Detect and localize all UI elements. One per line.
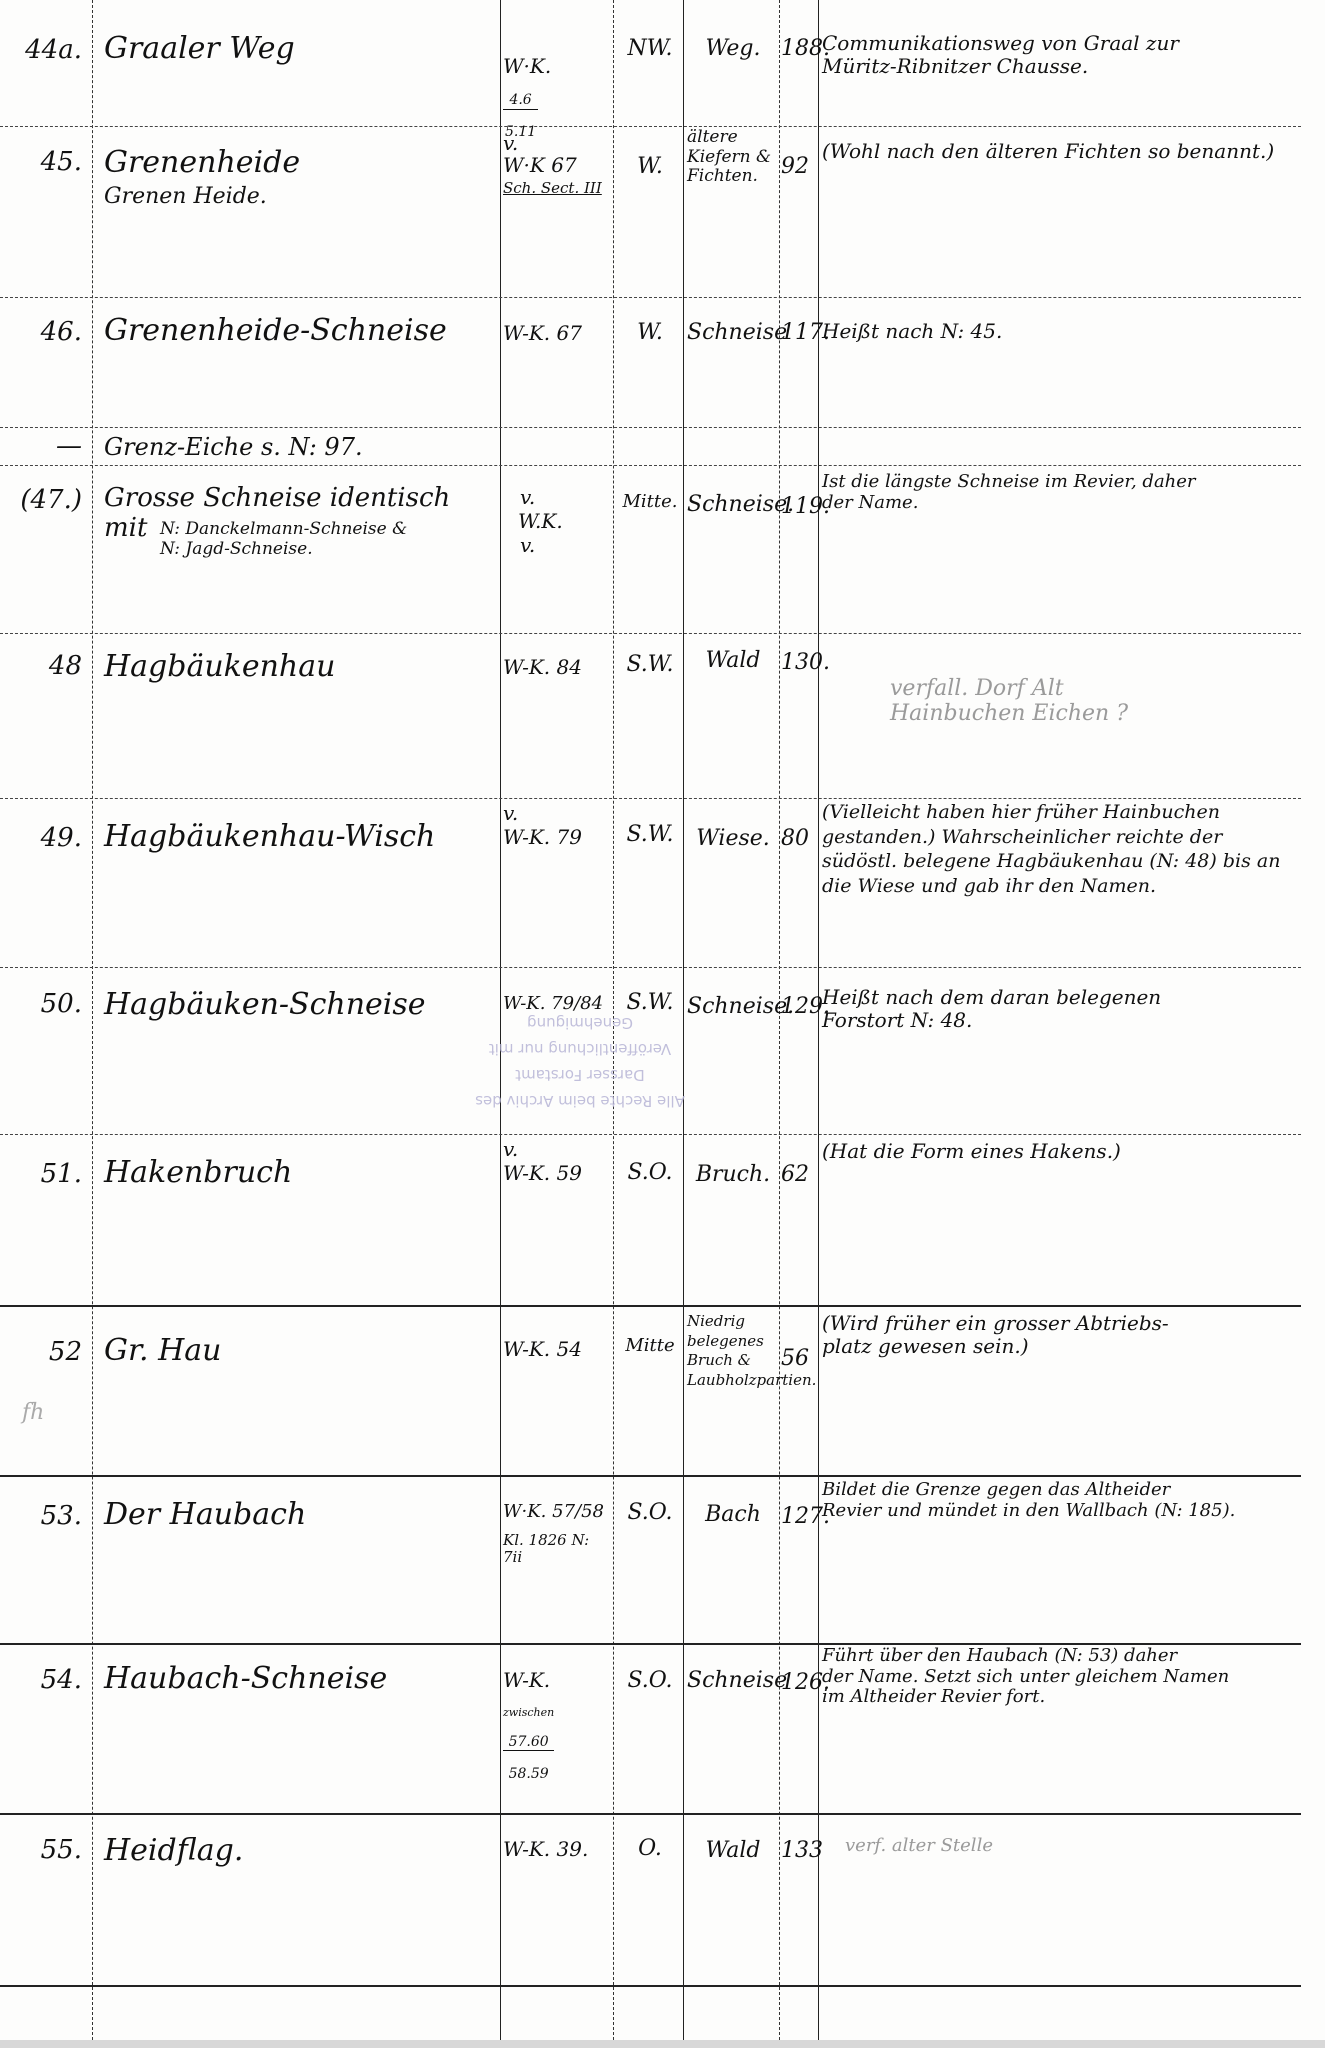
feature-kind: Niedrig belegenes Bruch & Laubholzpartie… [687, 1312, 779, 1390]
feature-kind: Weg. [687, 36, 779, 61]
remark: Heißt nach N: 45. [822, 320, 1292, 343]
direction: W. [620, 154, 680, 179]
place-name-variant: Grenen Heide. [104, 184, 494, 209]
row-number: 48 [0, 652, 82, 682]
direction: S.W. [620, 990, 680, 1015]
reference-number: 130. [781, 650, 821, 675]
row-rule [0, 297, 1301, 298]
column-rule-kind [779, 0, 780, 2040]
map-reference-prefix: v. [520, 486, 628, 509]
direction: S.W. [620, 652, 680, 677]
place-name: Haubach-Schneise [104, 1662, 494, 1697]
direction: S.O. [620, 1668, 680, 1693]
remark: Heißt nach dem daran belegenen Forstort … [822, 986, 1292, 1032]
map-reference-extra: Kl. 1826 N: 7ii [503, 1532, 611, 1567]
reference-number: 127. [781, 1504, 821, 1529]
document-page: Alle Rechte beim Archiv des Darsser Fors… [0, 0, 1325, 2048]
pencil-annotation: verf. alter Stelle [845, 1836, 1315, 1857]
place-name: Grenz-Eiche s. N: 97. [104, 434, 494, 462]
map-reference-extra: v. [520, 534, 628, 557]
row-number: 52 [0, 1338, 82, 1368]
place-name: Grenenheide-Schneise [104, 314, 494, 349]
map-sheet: W-K. [503, 1668, 550, 1692]
row-number: — [0, 432, 82, 462]
fraction-top: 57.60 [503, 1735, 554, 1751]
reference-number: 129. [781, 994, 821, 1019]
direction: Mitte [620, 1336, 680, 1357]
remark: Ist die längste Schneise im Revier, dahe… [822, 472, 1292, 513]
row-rule [0, 1305, 1301, 1307]
place-name: Heidflag. [104, 1834, 494, 1869]
remark: Bildet die Grenze gegen das Altheider Re… [822, 1480, 1292, 1521]
row-rule [0, 1985, 1301, 1987]
feature-kind: Bach [687, 1502, 779, 1527]
remark: Führt über den Haubach (N: 53) daher der… [822, 1646, 1292, 1708]
row-number: 50. [0, 990, 82, 1020]
reference-number: 117. [781, 320, 821, 345]
reference-number: 80 [781, 826, 821, 851]
feature-kind: Schneise. [687, 492, 779, 517]
column-rule-ref [818, 0, 819, 2040]
map-reference: W·K. 57/58 [503, 1502, 611, 1523]
reference-number: 126. [781, 1670, 821, 1695]
row-rule [0, 798, 1301, 799]
row-number: 49. [0, 824, 82, 854]
row-rule [0, 427, 1301, 428]
map-reference-prefix: v. [503, 1138, 611, 1161]
place-name: Hagbäukenhau-Wisch [104, 820, 494, 855]
map-reference: W.K. [518, 510, 626, 533]
row-rule [0, 1475, 1301, 1477]
map-reference: W-K. 84 [503, 656, 611, 679]
fraction-top: 4.6 [503, 93, 538, 109]
row-number: 46. [0, 318, 82, 348]
row-number: 44a. [0, 36, 82, 66]
direction: S.O. [620, 1500, 680, 1525]
map-reference: W-K. 54 [503, 1338, 611, 1361]
row-number: (47.) [0, 486, 82, 516]
pencil-annotation: verfall. Dorf Alt Hainbuchen Eichen ? [890, 676, 1325, 727]
remark: Communikationsweg von Graal zur Müritz-R… [822, 32, 1292, 78]
row-number: 51. [0, 1160, 82, 1190]
row-rule [0, 967, 1301, 968]
direction: S.W. [620, 822, 680, 847]
feature-kind: Wald [687, 1838, 779, 1863]
feature-kind: Bruch. [687, 1162, 779, 1187]
row-rule [0, 633, 1301, 634]
reference-number: 119. [781, 494, 821, 519]
reference-number: 92 [781, 154, 821, 179]
place-name: Hagbäukenhau [104, 650, 494, 685]
map-reference: W-K. 39. [503, 1838, 611, 1861]
remark: (Hat die Form eines Hakens.) [822, 1140, 1292, 1163]
map-reference-extra: Sch. Sect. III [503, 180, 611, 197]
place-name-variant: N: Danckelmann-Schneise & N: Jagd-Schnei… [160, 520, 550, 559]
reference-number: 188. [781, 36, 821, 61]
row-rule [0, 1813, 1301, 1815]
place-name: Hakenbruch [104, 1156, 494, 1191]
archive-stamp: Alle Rechte beim Archiv des Darsser Fors… [460, 1010, 700, 1114]
reference-number: 56 [781, 1346, 821, 1371]
reference-number: 62 [781, 1162, 821, 1187]
direction: O. [620, 1836, 680, 1861]
direction: NW. [620, 36, 680, 61]
feature-kind: ältere Kiefern & Fichten. [687, 128, 779, 187]
reference-number: 133 [781, 1838, 821, 1863]
scan-bottom-edge [0, 2040, 1325, 2048]
feature-kind: Schneise [687, 1668, 779, 1693]
row-rule [0, 465, 1301, 466]
margin-pencil-mark: fh [22, 1400, 44, 1425]
feature-kind: Wiese. [687, 826, 779, 851]
map-fraction: zwischen 57.60 58.59 [503, 1692, 554, 1797]
place-name: Gr. Hau [104, 1334, 494, 1369]
remark: (Wohl nach den älteren Fichten so benann… [822, 140, 1292, 163]
map-reference-prefix: v. [503, 132, 611, 155]
place-name: Graaler Weg [104, 32, 494, 67]
direction: W. [620, 320, 680, 345]
place-name: Der Haubach [104, 1498, 494, 1533]
row-number: 53. [0, 1502, 82, 1532]
map-reference-prefix: v. [503, 802, 611, 825]
place-name: Hagbäuken-Schneise [104, 988, 494, 1023]
remark: (Vielleicht haben hier früher Hainbuchen… [822, 800, 1292, 899]
row-number: 45. [0, 148, 82, 178]
remark: (Wird früher ein grosser Abtriebs- platz… [822, 1312, 1292, 1358]
feature-kind: Wald [687, 648, 779, 673]
fraction-bottom: 58.59 [503, 1767, 554, 1782]
map-reference: W·K 67 [503, 154, 611, 177]
fraction-note: zwischen [503, 1707, 554, 1719]
column-rule-number [92, 0, 93, 2040]
feature-kind: Schneise. [687, 994, 779, 1019]
map-reference: W-K. 79/84 [503, 994, 611, 1015]
map-reference: W-K. 59 [503, 1162, 611, 1185]
row-number: 54. [0, 1666, 82, 1696]
direction: S.O. [620, 1160, 680, 1185]
row-rule [0, 1134, 1301, 1135]
row-number: 55. [0, 1836, 82, 1866]
map-reference: W-K. 67 [503, 322, 611, 345]
map-reference: W-K. 79 [503, 826, 611, 849]
row-rule [0, 126, 1301, 127]
map-reference: W-K. zwischen 57.60 58.59 [503, 1646, 611, 1797]
place-name: Grenenheide [104, 146, 494, 181]
direction: Mitte. [620, 492, 680, 513]
map-sheet: W·K. [503, 54, 551, 78]
feature-kind: Schneise [687, 320, 779, 345]
